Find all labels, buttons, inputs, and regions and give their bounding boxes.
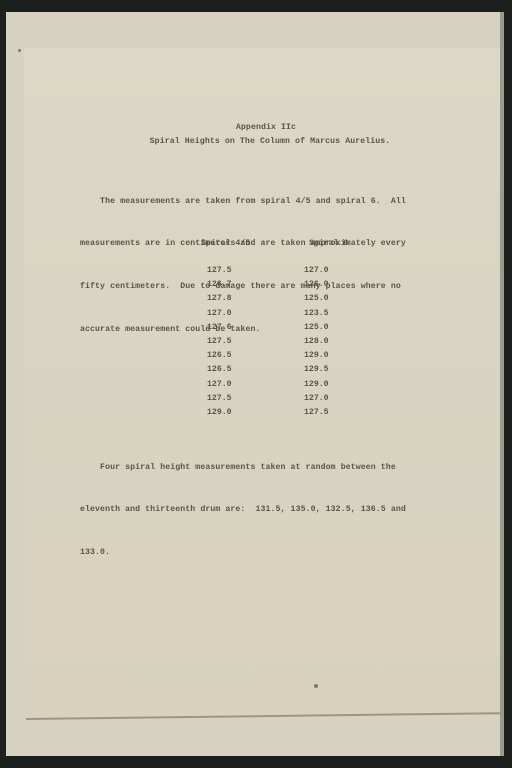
table-cell: 127.5 — [304, 406, 329, 420]
intro-line: accurate measurement could be taken. — [80, 323, 406, 337]
intro-paragraph: The measurements are taken from spiral 4… — [80, 166, 406, 352]
table-cell: 127.0 — [304, 264, 329, 278]
dust-speck — [18, 49, 21, 52]
table-cell: 129.0 — [207, 406, 232, 420]
closing-paragraph: Four spiral height measurements taken at… — [80, 432, 406, 575]
table-cell: 123.5 — [304, 307, 329, 321]
closing-line: Four spiral height measurements taken at… — [80, 461, 406, 475]
document-page — [24, 48, 500, 720]
table-cell: 127.0 — [207, 378, 232, 392]
table-cell: 125.0 — [304, 292, 329, 306]
column-header-spiral-4-5: Spiral 4/5 — [201, 237, 250, 251]
table-cell: 126.0 — [304, 278, 329, 292]
table-cell: 127.0 — [304, 392, 329, 406]
column-header-spiral-6: Spiral 6 — [309, 237, 348, 251]
table-cell: 129.5 — [304, 363, 329, 377]
table-cell: 127.0 — [207, 307, 232, 321]
table-cell: 129.0 — [304, 349, 329, 363]
intro-line: fifty centimeters. Due to damage there a… — [80, 280, 406, 294]
intro-line: The measurements are taken from spiral 4… — [80, 195, 406, 209]
dust-speck — [314, 684, 318, 688]
table-cell: 126.5 — [207, 349, 232, 363]
closing-line: 133.0. — [80, 546, 406, 560]
table-cell: 128.0 — [304, 335, 329, 349]
table-cell: 126.5 — [207, 363, 232, 377]
spiral-6-values: 127.0126.0125.0123.5125.0128.0129.0129.5… — [304, 264, 329, 420]
table-cell: 127.5 — [207, 335, 232, 349]
table-cell: 127.5 — [207, 264, 232, 278]
document-title: Spiral Heights on The Column of Marcus A… — [14, 137, 512, 146]
table-cell: 127.8 — [207, 292, 232, 306]
table-cell: 127.5 — [207, 392, 232, 406]
table-cell: 127.6 — [207, 321, 232, 335]
spiral-4-5-values: 127.5126.7127.8127.0127.6127.5126.5126.5… — [207, 264, 232, 420]
table-cell: 125.0 — [304, 321, 329, 335]
table-cell: 126.7 — [207, 278, 232, 292]
closing-line: eleventh and thirteenth drum are: 131.5,… — [80, 503, 406, 517]
table-cell: 129.0 — [304, 378, 329, 392]
appendix-label: Appendix IIc — [10, 123, 512, 132]
